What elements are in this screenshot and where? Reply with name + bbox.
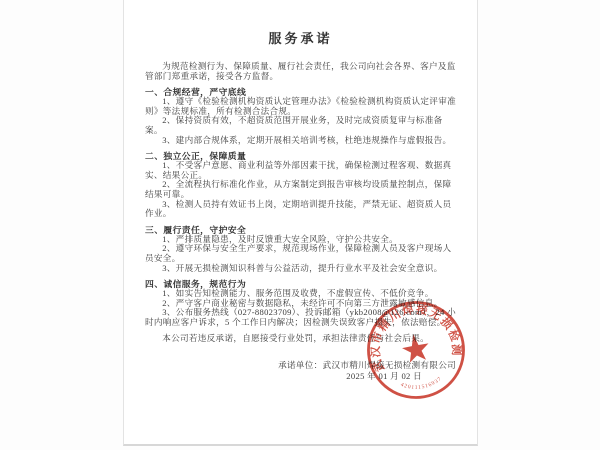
commitment-item: 3、公布服务热线（027-88023709）、投诉邮箱（ykb2008@126.… [145,308,456,327]
signature-block: 承诺单位：武汉市精川焊接无损检测有限公司 2025 年 01 月 02 日 [145,360,456,382]
intro-paragraph: 为规范检测行为、保障质量、履行社会责任，我公司向社会各界、客户及监管部门郑重承诺… [145,62,456,81]
signature-unit: 承诺单位：武汉市精川焊接无损检测有限公司 [145,360,456,371]
document-title: 服务承诺 [145,28,456,47]
commitment-item: 1、不受客户意愿、商业利益等外部因素干扰，确保检测过程客观、数据真实、结果公正。 [145,161,456,180]
commitment-item: 2、保持资质有效，不超资质范围开展业务，及时完成资质复审与标准备案。 [145,116,456,135]
signature-date: 2025 年 01 月 02 日 [145,371,456,382]
commitment-item: 2、全流程执行标准化作业，从方案制定到报告审核均设质量控制点，保障结果可靠。 [145,180,456,199]
commitment-item: 3、开展无损检测知识科普与公益活动，提升行业水平及社会安全意识。 [145,264,456,274]
commitment-item: 3、建内部合规体系，定期开展相关培训考核，杜绝违规操作与虚假报告。 [145,136,456,146]
page-background: 服务承诺 为规范检测行为、保障质量、履行社会责任，我公司向社会各界、客户及监管部… [0,0,600,450]
commitment-item: 1、遵守《检验检测机构资质认定管理办法》《检验检测机构资质认定评审准则》等法规标… [145,97,456,116]
section-impartiality: 二、独立公正，保障质量 1、不受客户意愿、商业利益等外部因素干扰，确保检测过程客… [145,151,456,219]
section-compliance: 一、合规经营，严守底线 1、遵守《检验检测机构资质认定管理办法》《检验检测机构资… [145,87,456,145]
commitment-item: 2、遵守环保与安全生产要求，规范现场作业，保障检测人员及客户现场人员安全。 [145,244,456,263]
commitment-item: 3、检测人员持有效证书上岗，定期培训提升技能，严禁无证、超资质人员作业。 [145,200,456,219]
section-responsibility: 三、履行责任，守护安全 1、严排质量隐患，及时反馈重大安全风险，守护公共安全。 … [145,225,456,273]
closing-statement: 本公司若违反承诺，自愿接受行业处罚，承担法律责任与社会后果。 [145,334,456,344]
document-page: 服务承诺 为规范检测行为、保障质量、履行社会责任，我公司向社会各界、客户及监管部… [123,0,478,446]
section-integrity: 四、诚信服务，规范行为 1、如实告知检测能力、服务范围及收费，不虚假宣传、不低价… [145,279,456,327]
